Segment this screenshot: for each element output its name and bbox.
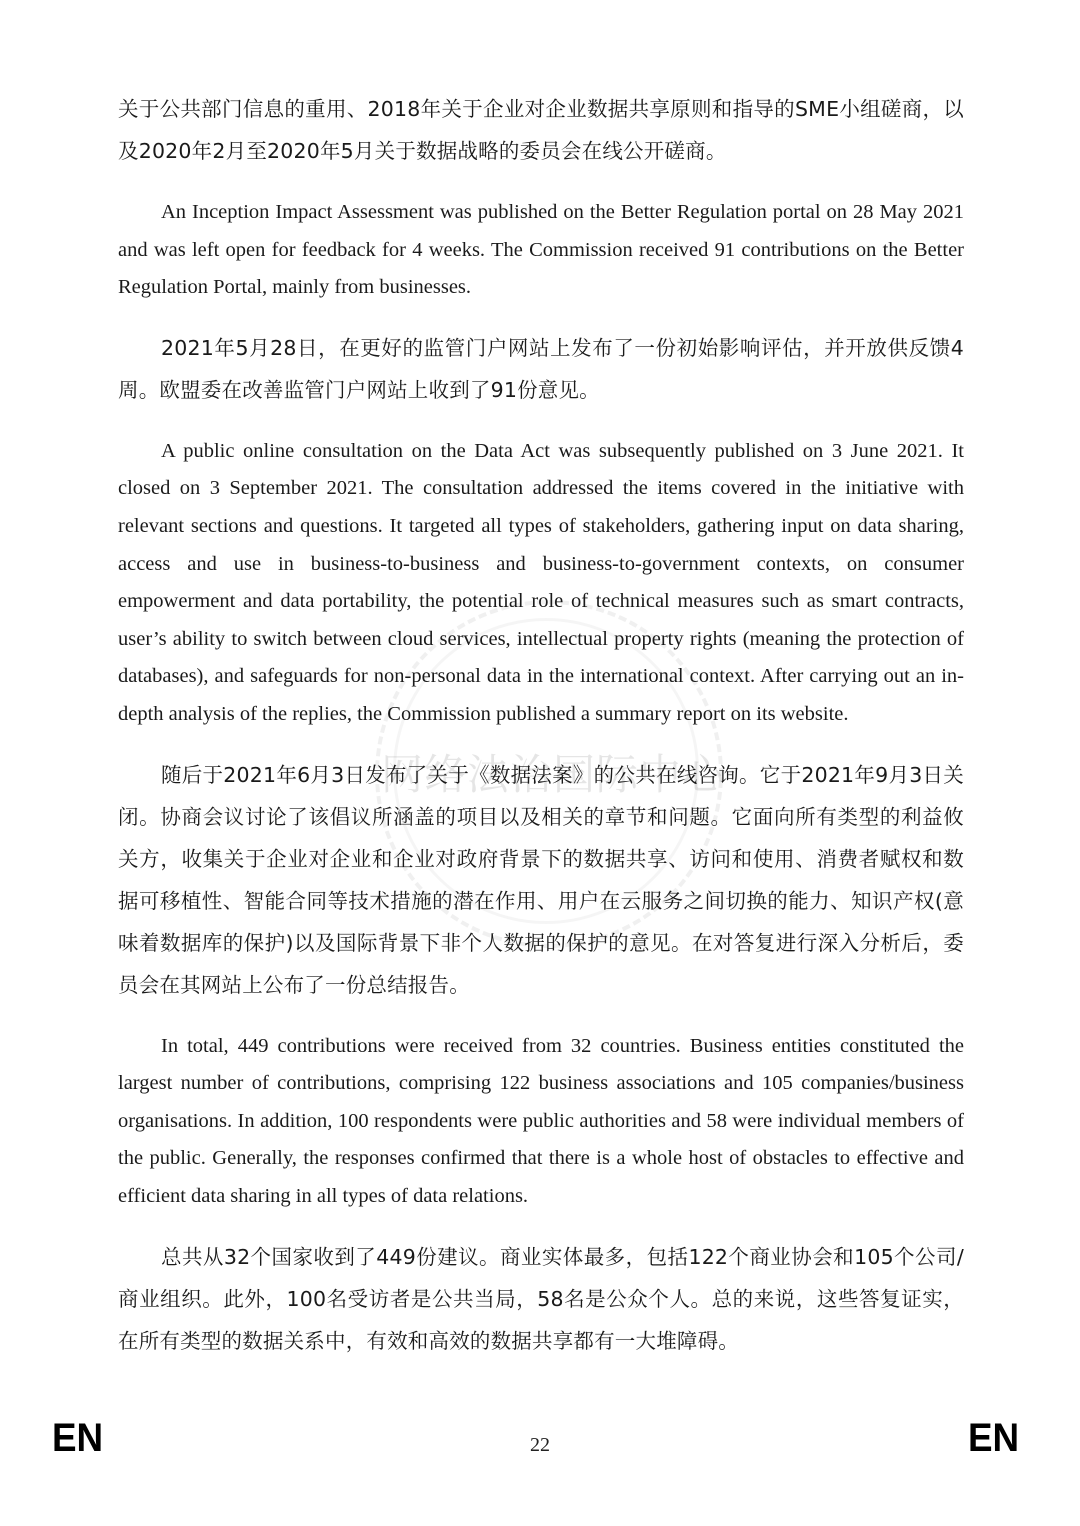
paragraph-zh-inception-impact: 2021年5月28日，在更好的监管门户网站上发布了一份初始影响评估，并开放供反馈… (118, 327, 964, 411)
paragraph-zh-1: 关于公共部门信息的重用、2018年关于企业对企业数据共享原则和指导的SME小组磋… (118, 88, 964, 172)
footer-language-label-right: EN (968, 1416, 1019, 1460)
paragraph-en-contributions-total: In total, 449 contributions were receive… (118, 1028, 964, 1216)
paragraph-zh-public-consultation: 随后于2021年6月3日发布了关于《数据法案》的公共在线咨询。它于2021年9月… (118, 754, 964, 1006)
paragraph-en-public-consultation: A public online consultation on the Data… (118, 433, 964, 734)
document-page: 网络法治国际中心 关于公共部门信息的重用、2018年关于企业对企业数据共享原则和… (0, 0, 1080, 1526)
document-body: 关于公共部门信息的重用、2018年关于企业对企业数据共享原则和指导的SME小组磋… (118, 88, 964, 1362)
paragraph-en-inception-impact: An Inception Impact Assessment was publi… (118, 194, 964, 307)
page-number: 22 (0, 1434, 1080, 1457)
paragraph-zh-contributions-total: 总共从32个国家收到了449份建议。商业实体最多，包括122个商业协会和105个… (118, 1236, 964, 1362)
